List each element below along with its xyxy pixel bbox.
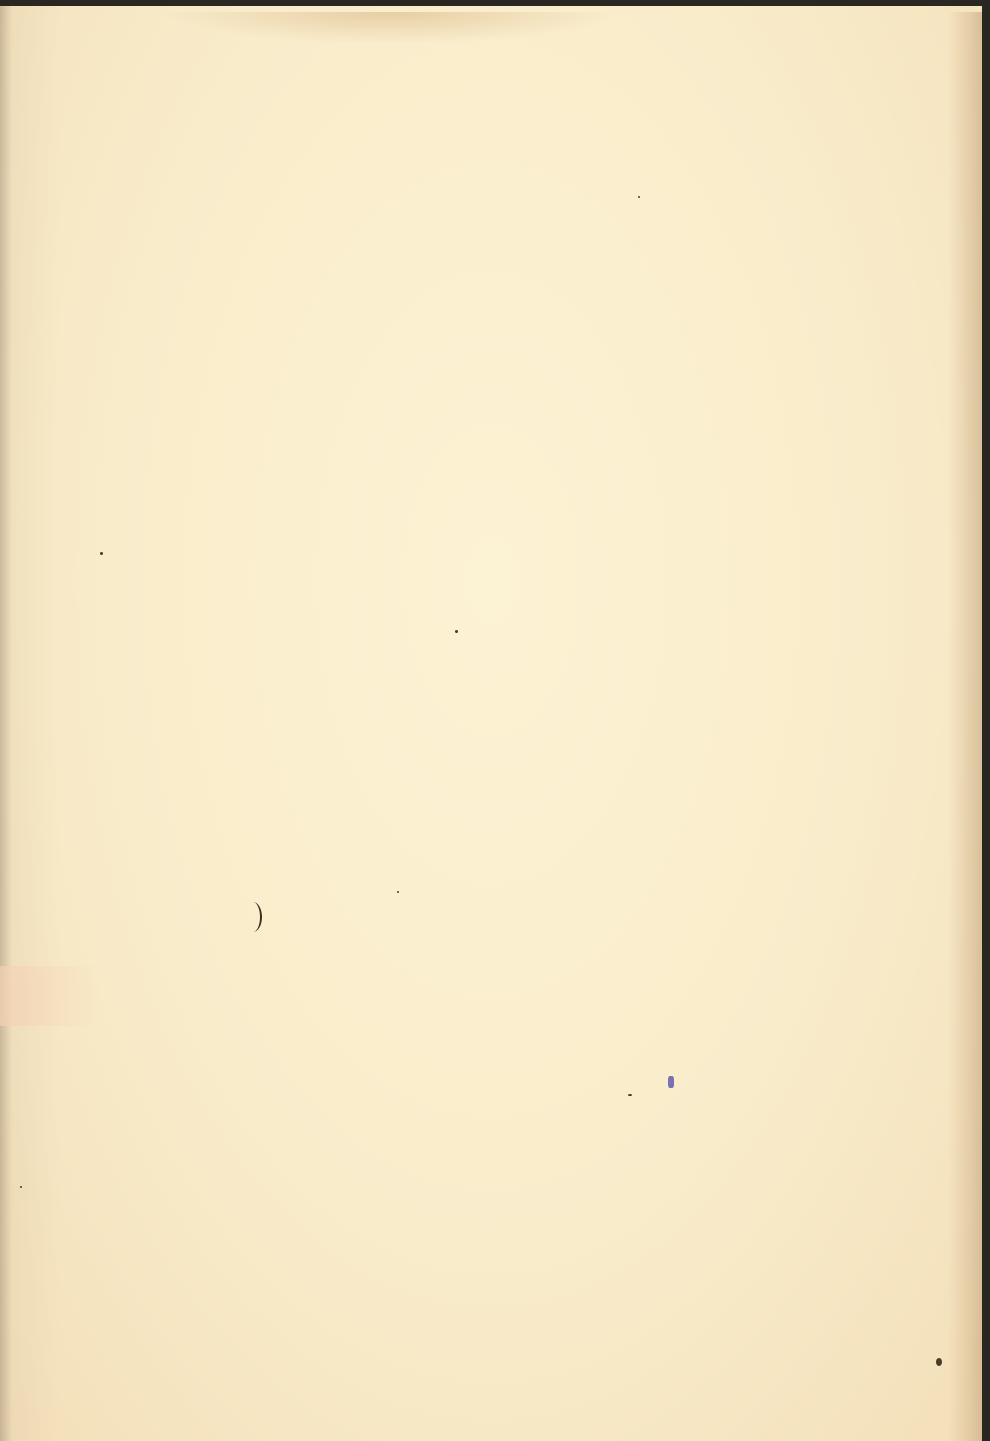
blank-paper-page [0, 6, 982, 1441]
speck [455, 630, 458, 633]
water-stain [160, 12, 620, 44]
hair-mark [244, 902, 262, 932]
speck [638, 196, 640, 198]
page-edge-discoloration [948, 12, 982, 1441]
speck [628, 1094, 632, 1096]
speck [397, 891, 399, 893]
speck [936, 1358, 942, 1366]
light-band [0, 966, 100, 1026]
speck [100, 552, 103, 555]
ink-speck [668, 1076, 674, 1088]
speck [20, 1186, 22, 1188]
